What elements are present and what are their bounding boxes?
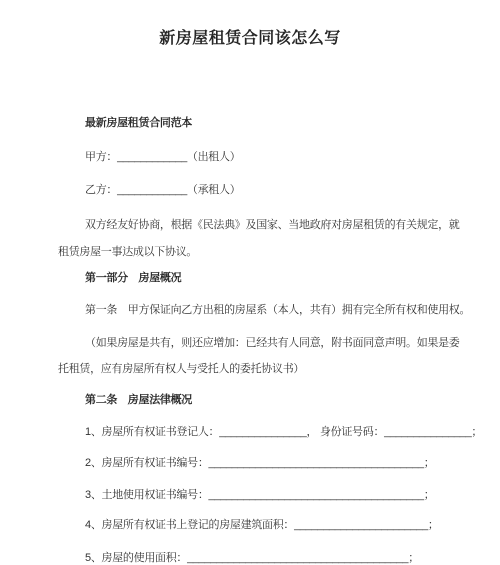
legal-item-2: 2、房屋所有权证书编号：____________________________… xyxy=(85,456,434,470)
legal-item-5: 5、房屋的使用面积：______________________________… xyxy=(85,551,419,565)
party-a-line: 甲方：____________（出租人） xyxy=(85,150,240,164)
co-ownership-note-line-1: （如果房屋是共有，则还应增加：已经共有人同意，附书面同意声明。如果是委 xyxy=(85,336,460,350)
legal-item-1: 1、房屋所有权证书登记人：_______________， 身份证号码：____… xyxy=(85,425,482,439)
section-2-heading: 第二条 房屋法律概况 xyxy=(85,393,192,407)
legal-item-3: 3、土地使用权证书编号：____________________________… xyxy=(85,488,434,502)
page-title: 新房屋租赁合同该怎么写 xyxy=(0,28,500,50)
document-page: 新房屋租赁合同该怎么写 最新房屋租赁合同范本 甲方：____________（出… xyxy=(0,0,500,565)
contract-heading: 最新房屋租赁合同范本 xyxy=(85,116,192,130)
intro-paragraph-line-1: 双方经友好协商，根据《民法典》及国家、当地政府对房屋租赁的有关规定，就 xyxy=(85,218,460,232)
section-1-heading: 第一部分 房屋概况 xyxy=(85,271,181,285)
clause-1-text: 第一条 甲方保证向乙方出租的房屋系（本人，共有）拥有完全所有权和使用权。 xyxy=(85,303,470,317)
legal-item-4: 4、房屋所有权证书上登记的房屋建筑面积：____________________… xyxy=(85,518,439,532)
co-ownership-note-line-2: 托租赁，应有房屋所有权人与受托人的委托协议书） xyxy=(58,362,304,376)
intro-paragraph-line-2: 租赁房屋一事达成以下协议。 xyxy=(58,245,197,259)
party-b-line: 乙方：____________（承租人） xyxy=(85,183,240,197)
